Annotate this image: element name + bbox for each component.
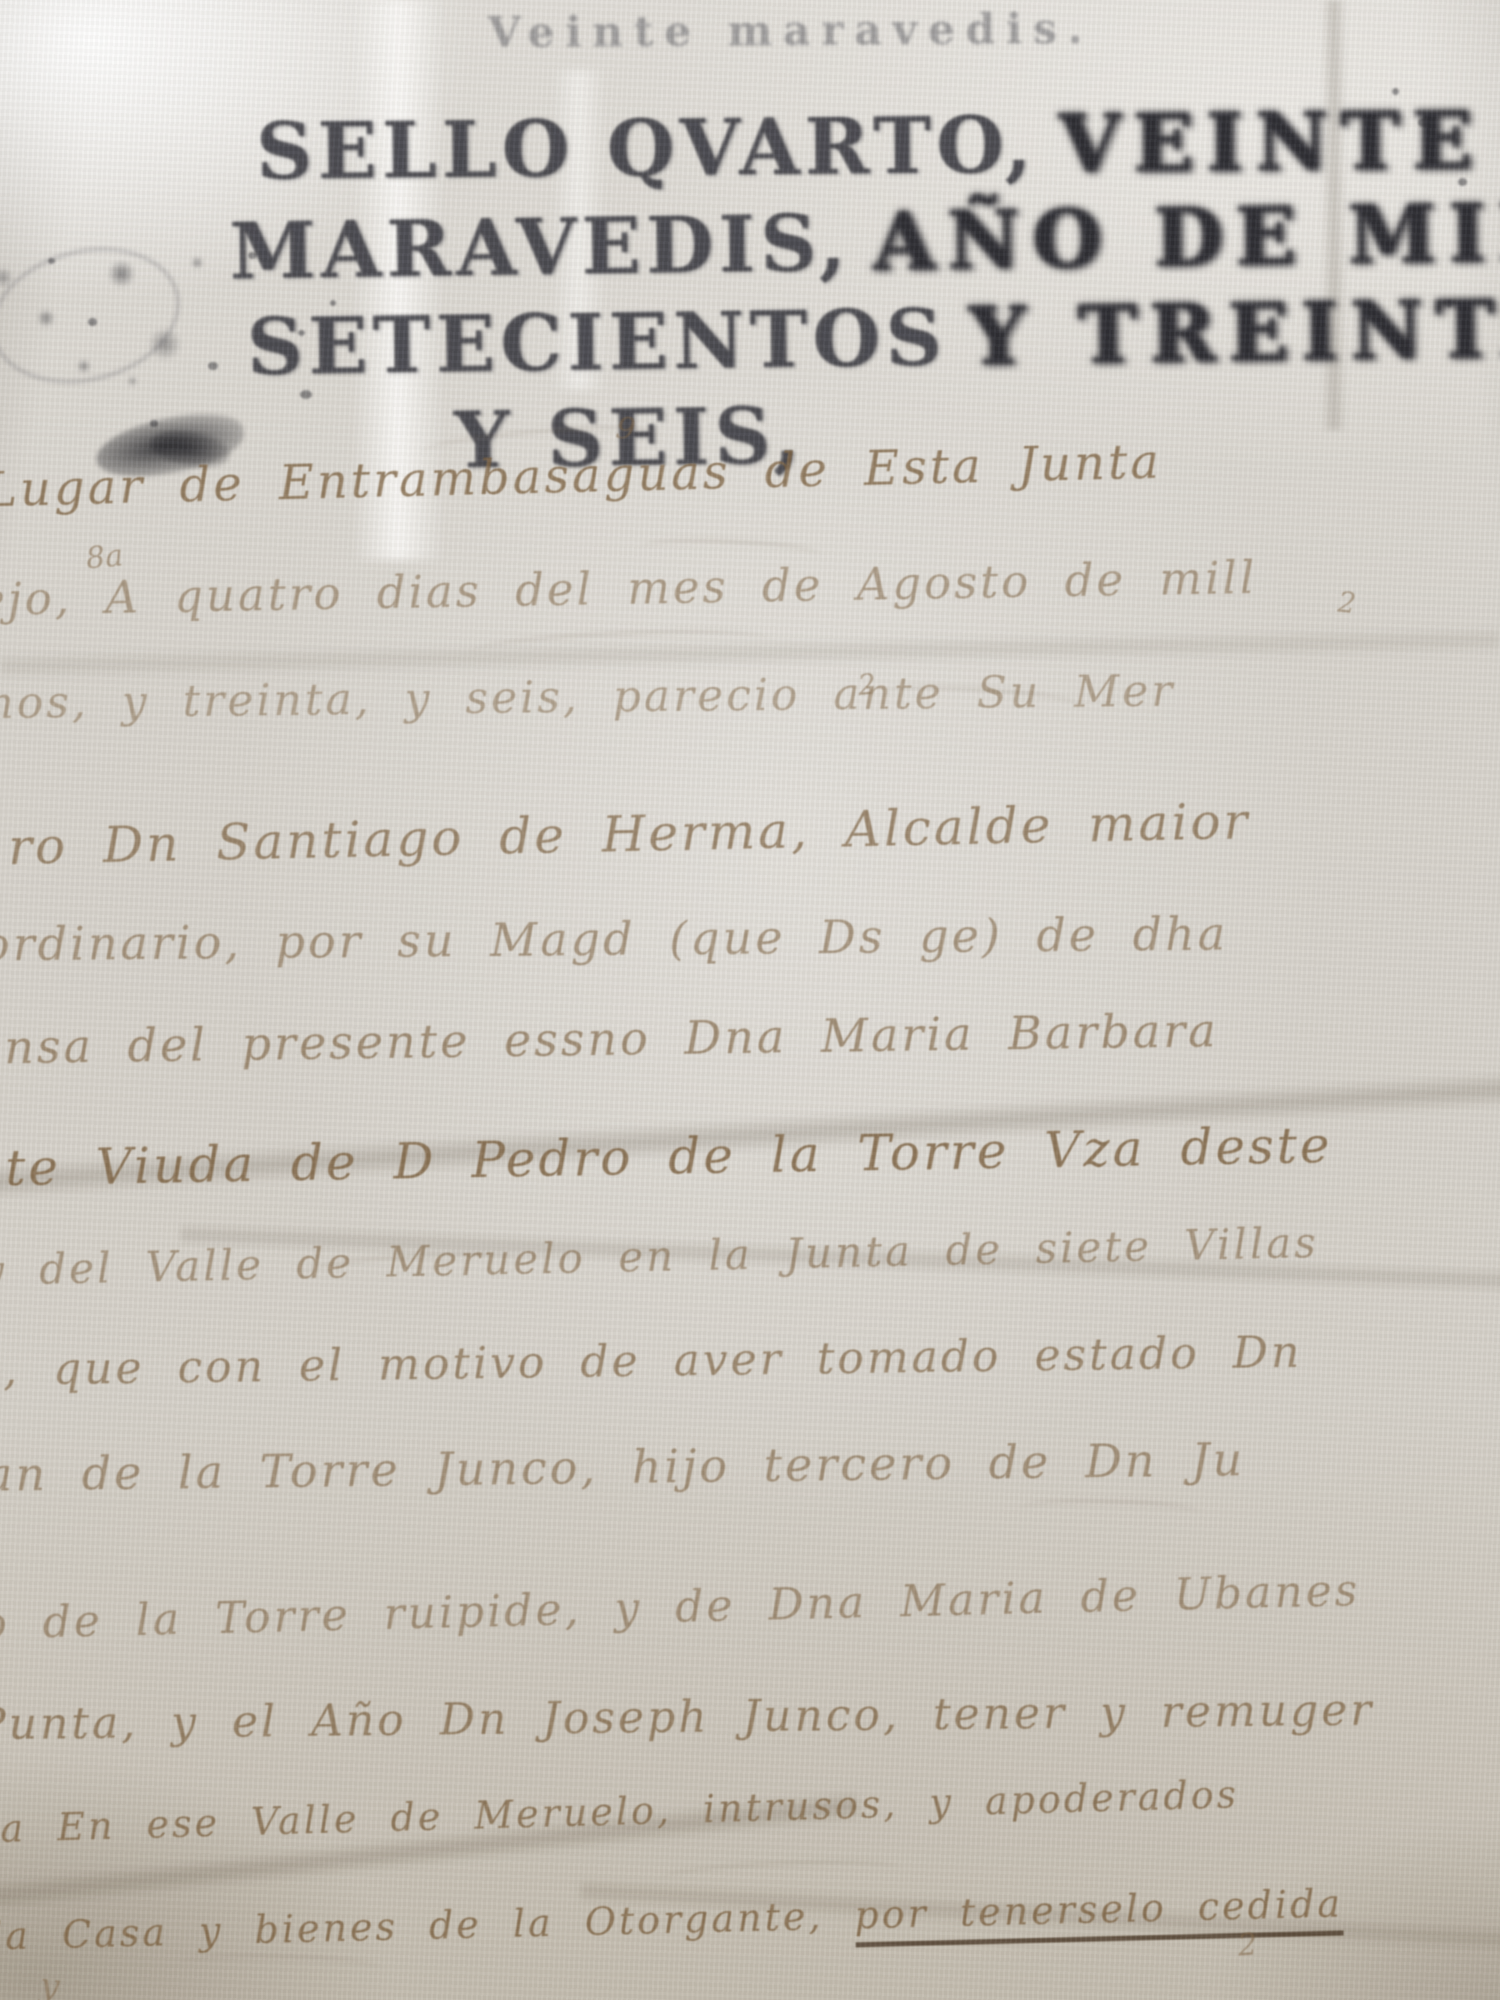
stamp-text-smudged: AÑO DE MIL xyxy=(872,185,1500,289)
ghost-mark xyxy=(1020,1497,1201,1526)
ghost-mark xyxy=(660,1858,901,1891)
handwritten-line: ordinario, por su Magd (que Ds ge) de dh… xyxy=(0,907,1228,972)
ink-speck xyxy=(1392,88,1399,95)
underlined-phrase: por tenerselo cedida xyxy=(854,1881,1344,1947)
ink-mark: y xyxy=(38,1965,61,2000)
stamp-text-smudged: Y TREINTA xyxy=(968,281,1500,383)
handwritten-line: mos, y treinta, y seis, parecio ante Su … xyxy=(0,666,1176,730)
stamp-header-text: Veinte maravedis. xyxy=(488,4,1094,57)
stamp-line: MARAVEDIS,AÑO DE MIL xyxy=(229,185,1500,300)
stamp-line: SELLO QVARTO,VEINTE xyxy=(256,92,1500,199)
ink-mark: 2 xyxy=(1336,585,1357,620)
ink-speck xyxy=(248,252,257,259)
ink-mark: 2 xyxy=(857,667,878,701)
handwritten-line: nte Viuda de D Pedro de la Torre Vza des… xyxy=(0,1116,1333,1198)
ink-speck xyxy=(1458,178,1467,186)
handwritten-line: lia En ese Valle de Meruelo, intrusos, y… xyxy=(0,1772,1240,1851)
handwritten-line: ejo, A quatro dias del mes de Agosto de … xyxy=(0,551,1258,626)
ghost-mark xyxy=(180,1952,381,1982)
stamp-text-clear: SELLO QVARTO, xyxy=(256,100,1037,198)
ink-speck xyxy=(48,258,55,264)
ink-seal xyxy=(0,222,235,407)
stamp-line: SETECIENTOSY TREINTA xyxy=(246,281,1500,396)
handwritten-line: la Casa y bienes de la Otorgante, por te… xyxy=(0,1881,1344,1958)
handwritten-line: ensa del presente essno Dna Maria Barbar… xyxy=(0,1003,1219,1074)
ink-speck xyxy=(88,318,97,326)
ink-speck xyxy=(1418,118,1429,127)
ink-mark: 8a xyxy=(84,538,124,577)
ink-speck xyxy=(298,330,305,336)
handwritten-line: ro Dn Santiago de Herma, Alcalde maior xyxy=(8,792,1251,876)
ink-mark: 2 xyxy=(1237,1927,1258,1963)
tax-stamp-text: SELLO QVARTO,VEINTE MARAVEDIS,AÑO DE MIL… xyxy=(227,89,1500,492)
ink-speck xyxy=(300,390,312,399)
seal-ring xyxy=(0,229,194,402)
handwritten-line: o de la Torre ruipide, y de Dna Maria de… xyxy=(0,1565,1361,1650)
stamp-text-clear: MARAVEDIS, xyxy=(229,198,852,298)
manuscript-page: Veinte maravedis. SELLO QVARTO,VEINTE MA… xyxy=(0,0,1500,2000)
stamp-text-clear: SETECIENTOS xyxy=(246,292,947,393)
stamp-text-smudged: VEINTE xyxy=(1058,93,1485,191)
ghost-mark xyxy=(470,627,771,668)
handwritten-line: Punta, y el Año Dn Joseph Junco, tener y… xyxy=(0,1685,1375,1751)
ink-speck xyxy=(1445,300,1453,307)
ink-speck xyxy=(330,300,336,306)
handwritten-line: e, que con el motivo de aver tomado esta… xyxy=(0,1327,1303,1397)
handwritten-text: la Casa y bienes de la Otorgante, xyxy=(0,1893,855,1958)
handwritten-line: y del Valle de Meruelo en la Junta de si… xyxy=(0,1218,1319,1295)
ink-speck xyxy=(208,362,218,370)
handwritten-line: an de la Torre Junco, hijo tercero de Dn… xyxy=(0,1432,1245,1501)
